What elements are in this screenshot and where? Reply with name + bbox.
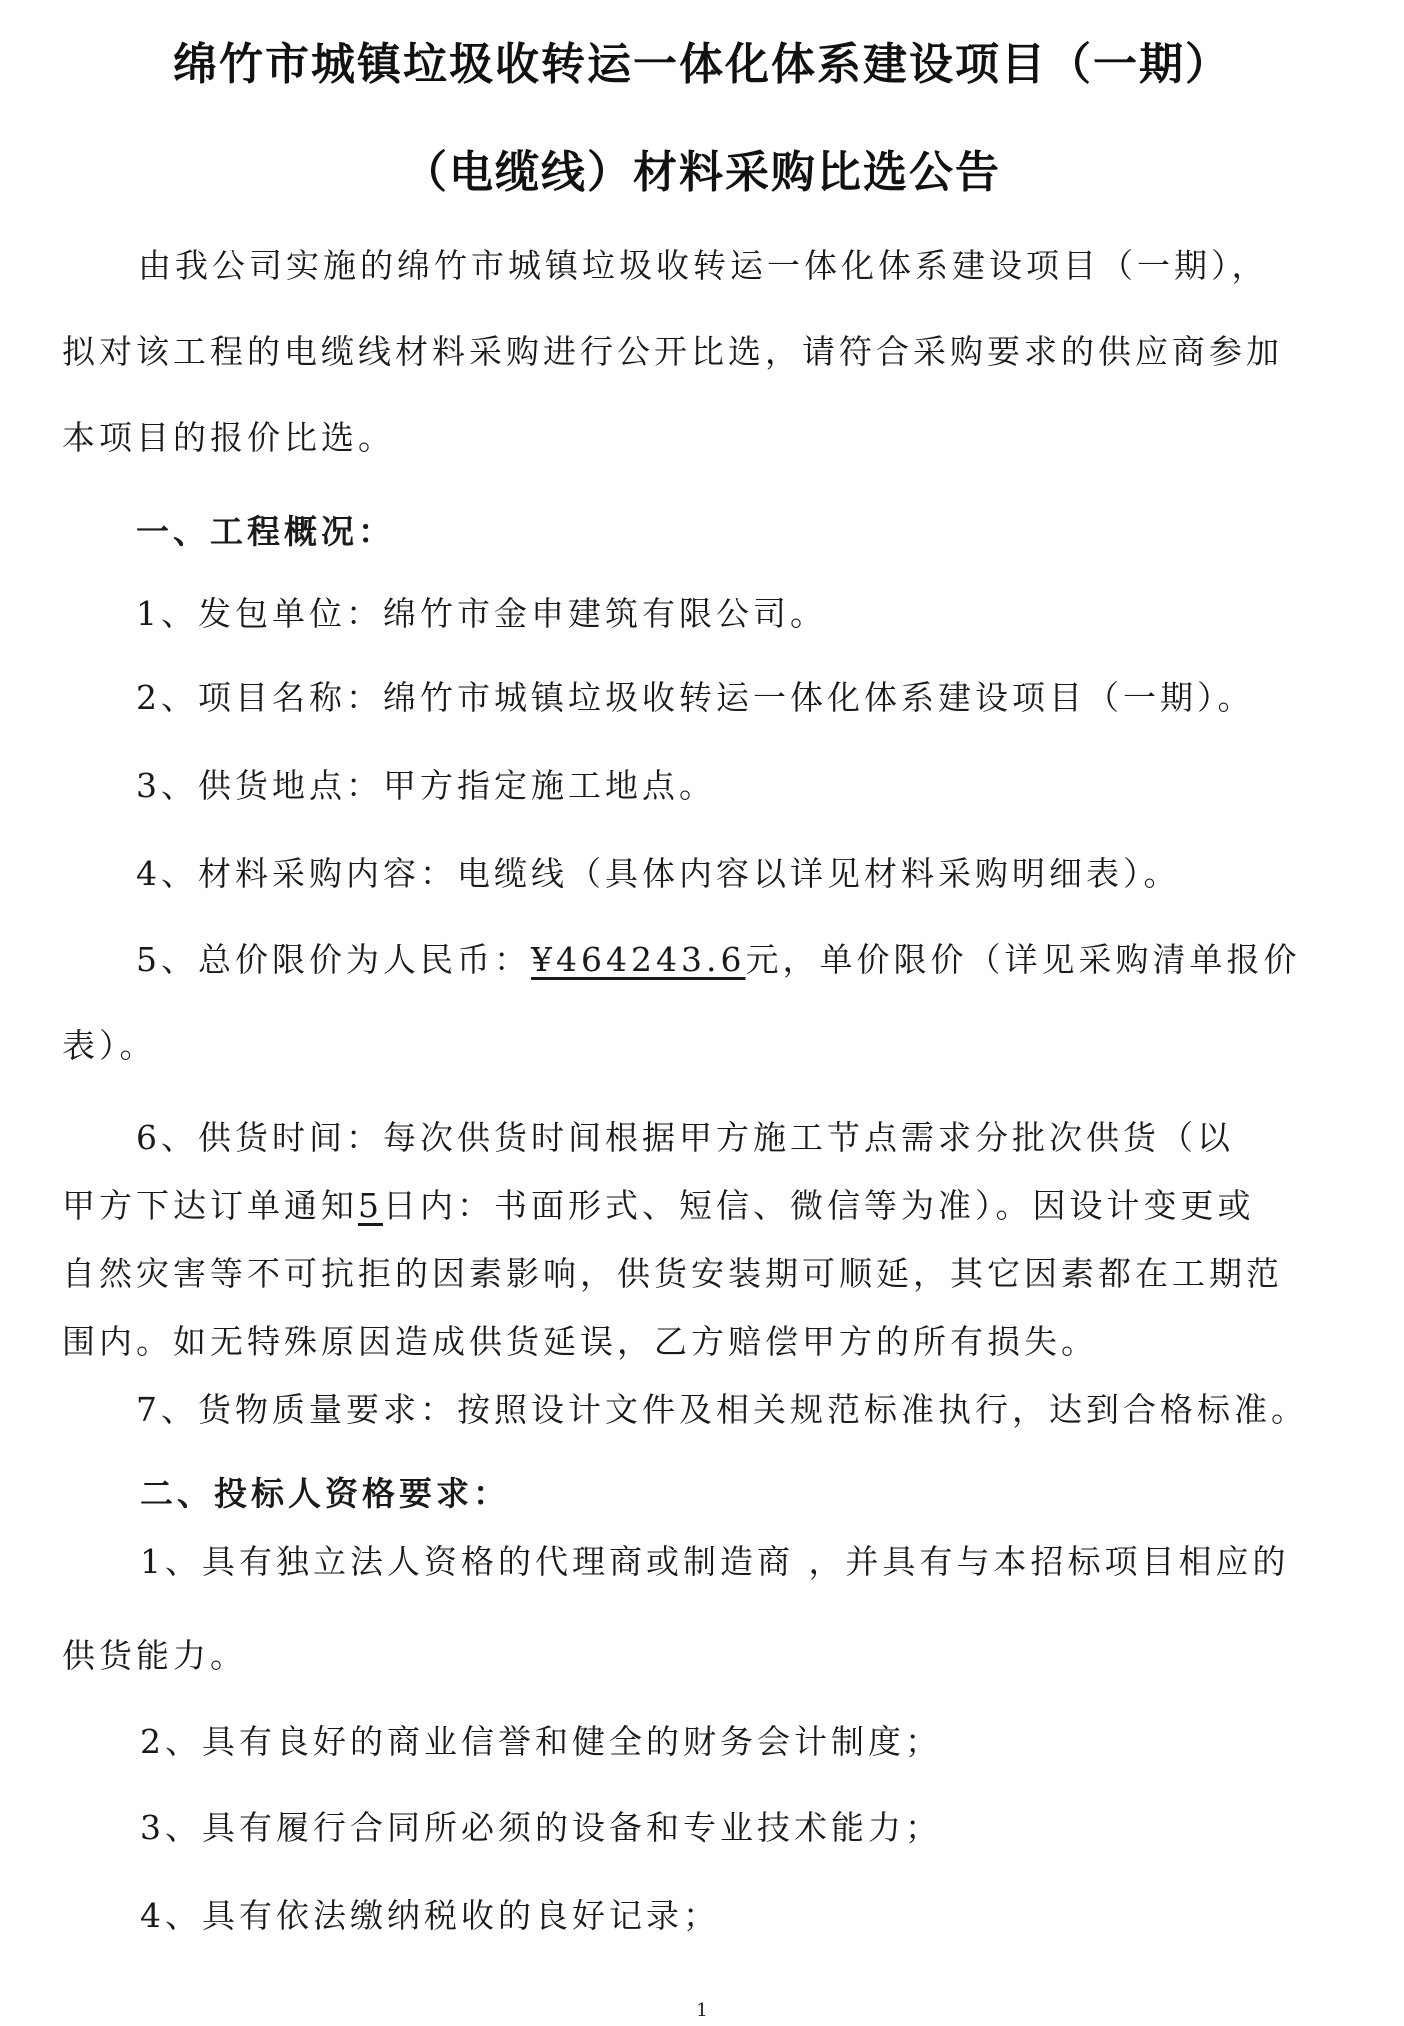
price-limit: ¥464243.6	[531, 940, 745, 979]
s1-item6-line2: 甲方下达订单通知5日内：书面形式、短信、微信等为准）。因设计变更或	[62, 1180, 1255, 1227]
delivery-days: 5	[358, 1186, 383, 1225]
s1-item3: 3、供货地点：甲方指定施工地点。	[136, 760, 716, 807]
s1-item6-line4: 围内。如无特殊原因造成供货延误，乙方赔偿甲方的所有损失。	[62, 1316, 1098, 1363]
doc-title-line1: 绵竹市城镇垃圾收转运一体化体系建设项目（一期）	[0, 28, 1404, 92]
s1-item6-line1: 6、供货时间：每次供货时间根据甲方施工节点需求分批次供货（以	[136, 1112, 1234, 1159]
section2-heading: 二、投标人资格要求：	[140, 1468, 510, 1515]
s1-item7: 7、货物质量要求：按照设计文件及相关规范标准执行，达到合格标准。	[136, 1384, 1308, 1431]
s2-item3: 3、具有履行合同所必须的设备和专业技术能力；	[140, 1802, 942, 1849]
s1-item5: 5、总价限价为人民币：¥464243.6元，单价限价（详见采购清单报价	[136, 934, 1300, 981]
page-number: 1	[0, 2000, 1404, 2021]
doc-title-line2: （电缆线）材料采购比选公告	[0, 136, 1404, 200]
s1-item1: 1、发包单位：绵竹市金申建筑有限公司。	[136, 588, 827, 635]
item5-prefix: 5、总价限价为人民币：	[136, 940, 531, 979]
s1-item5-cont: 表）。	[62, 1020, 157, 1067]
item5-suffix: 元，单价限价（详见采购清单报价	[745, 940, 1300, 979]
s2-item4: 4、具有依法缴纳税收的良好记录；	[140, 1890, 720, 1937]
s2-item1-line2: 供货能力。	[62, 1630, 247, 1677]
item6-text-b: 日内：书面形式、短信、微信等为准）。因设计变更或	[383, 1186, 1255, 1225]
s1-item2: 2、项目名称：绵竹市城镇垃圾收转运一体化体系建设项目（一期）。	[136, 672, 1255, 719]
s1-item4: 4、材料采购内容：电缆线（具体内容以详见材料采购明细表）。	[136, 848, 1181, 895]
item6-text-a: 甲方下达订单通知	[62, 1186, 358, 1225]
intro-line1: 由我公司实施的绵竹市城镇垃圾收转运一体化体系建设项目（一期），	[138, 240, 1269, 287]
s1-item6-line3: 自然灾害等不可抗拒的因素影响，供货安装期可顺延，其它因素都在工期范	[62, 1248, 1283, 1295]
s2-item1-line1: 1、具有独立法人资格的代理商或制造商 ，并具有与本招标项目相应的	[140, 1536, 1290, 1583]
section1-heading: 一、工程概况：	[136, 506, 395, 553]
intro-line2: 拟对该工程的电缆线材料采购进行公开比选，请符合采购要求的供应商参加	[62, 326, 1283, 373]
s2-item2: 2、具有良好的商业信誉和健全的财务会计制度；	[140, 1716, 942, 1763]
intro-line3: 本项目的报价比选。	[62, 412, 395, 459]
